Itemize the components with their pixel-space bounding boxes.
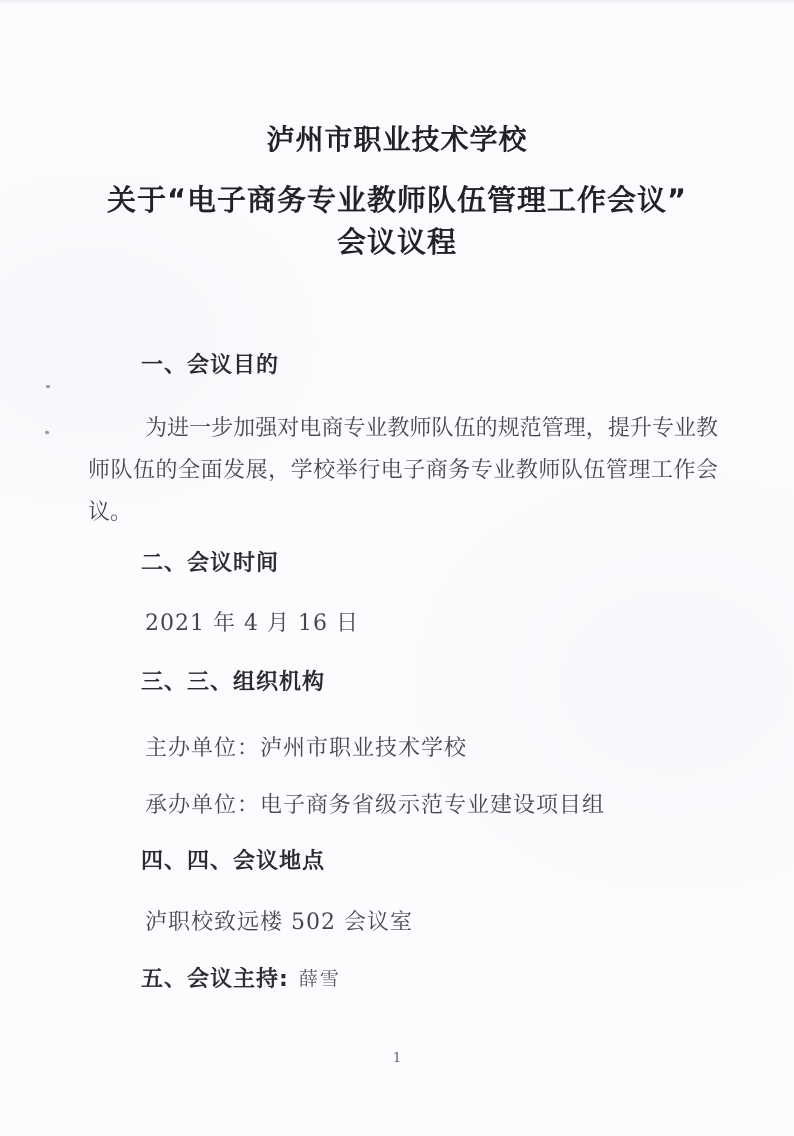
meeting-host-label: 五、会议主持: [141,967,289,992]
scan-speck [45,430,50,434]
document-title-agenda: 会议议程 [0,226,794,259]
meeting-location: 泸职校致远楼 502 会议室 [145,910,413,936]
meeting-date: 2021 年 4 月 16 日 [145,611,359,637]
section-heading-organization: 三、三、组织机构 [141,670,325,696]
section-heading-meeting-location: 四、四、会议地点 [141,849,325,875]
document-title-subject: 关于“电子商务专业教师队伍管理工作会议” [0,184,794,217]
document-title-school: 泸州市职业技术学校 [0,124,794,156]
scan-noise-overlay [0,0,794,1136]
section-heading-meeting-host: 五、会议主持:薛雪 [141,966,341,993]
organizer-line: 主办单位：泸州市职业技术学校 [145,736,467,762]
page-number: 1 [0,1051,794,1066]
undertaker-line: 承办单位：电子商务省级示范专业建设项目组 [145,793,605,819]
scanned-document-page: 泸州市职业技术学校 关于“电子商务专业教师队伍管理工作会议” 会议议程 一、会议… [0,0,794,1136]
meeting-host-name: 薛雪 [299,968,341,990]
scan-speck [46,385,50,388]
section-heading-meeting-time: 二、会议时间 [141,551,279,577]
meeting-purpose-paragraph: 为进一步加强对电商专业教师队伍的规范管理，提升专业教师队伍的全面发展，学校举行电… [88,408,718,534]
section-heading-meeting-purpose: 一、会议目的 [141,353,279,379]
